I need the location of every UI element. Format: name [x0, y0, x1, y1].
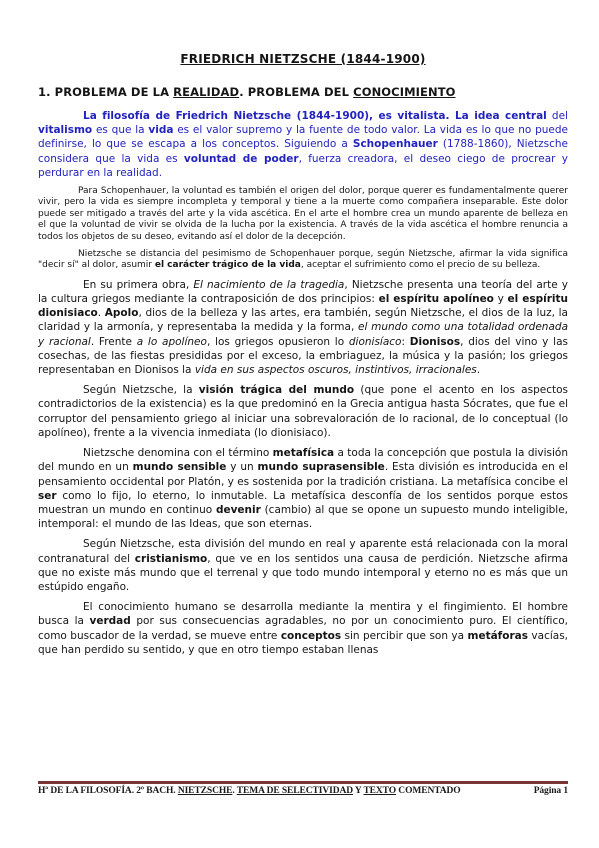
text-run: cristianismo	[135, 553, 207, 565]
footer-text: Hª DE LA FILOSOFÍA. 2º BACH. NIETZSCHE. …	[38, 786, 461, 796]
text-run: y un	[226, 461, 257, 473]
text-run: Schopenhauer	[353, 138, 438, 150]
paragraph: El conocimiento humano se desarrolla med…	[38, 600, 568, 657]
section-heading: 1. PROBLEMA DE LA REALIDAD. PROBLEMA DEL…	[38, 85, 568, 99]
text-run: dionisíaco	[349, 336, 402, 348]
paragraph: Nietzsche se distancia del pesimismo de …	[38, 249, 568, 272]
text-run: Según Nietzsche, la	[83, 384, 199, 396]
text-run: del	[547, 110, 568, 122]
paragraph: Nietzsche denomina con el término metafí…	[38, 446, 568, 531]
text-run: NIETZSCHE	[178, 786, 233, 796]
text-run: Dionisos	[410, 336, 460, 348]
text-run: visión trágica del mundo	[199, 384, 354, 396]
text-run: mundo sensible	[133, 461, 227, 473]
text-run: La filosofía de Friedrich Nietzsche (184…	[83, 110, 455, 122]
document-page: FRIEDRICH NIETZSCHE (1844-1900) 1. PROBL…	[0, 0, 599, 848]
document-title: FRIEDRICH NIETZSCHE (1844-1900)	[38, 52, 568, 66]
document-body: La filosofía de Friedrich Nietzsche (184…	[38, 109, 568, 657]
text-run: 1. PROBLEMA DE LA	[38, 85, 173, 99]
text-run: En su primera obra,	[83, 279, 193, 291]
text-run: , los griegos opusieron lo	[207, 336, 349, 348]
text-run: y	[494, 293, 508, 305]
text-run: . Frente	[91, 336, 137, 348]
text-run: conceptos	[281, 630, 341, 642]
text-run: El nacimiento de la tragedia	[193, 279, 344, 291]
text-run: el carácter trágico de la vida	[155, 260, 301, 270]
text-run: Nietzsche denomina con el término	[83, 447, 273, 459]
text-run: es que la	[92, 124, 148, 136]
text-run: ser	[38, 490, 57, 502]
text-run: TEMA DE SELECTIVIDAD	[237, 786, 353, 796]
text-run: verdad	[90, 615, 131, 627]
text-run: mundo suprasensible	[258, 461, 385, 473]
paragraph: Según Nietzsche, la visión trágica del m…	[38, 383, 568, 440]
text-run: a lo apolíneo	[137, 336, 207, 348]
text-run: metáforas	[468, 630, 528, 642]
text-run: Para Schopenhauer, la voluntad es tambié…	[38, 186, 568, 242]
footer-rule	[38, 781, 568, 784]
text-run: devenir	[216, 504, 261, 516]
paragraph: La filosofía de Friedrich Nietzsche (184…	[38, 109, 568, 180]
page-footer: Hª DE LA FILOSOFÍA. 2º BACH. NIETZSCHE. …	[38, 781, 568, 796]
text-run: metafísica	[273, 447, 335, 459]
text-run: CONOCIMIENTO	[353, 85, 455, 99]
text-run: vida en sus aspectos oscuros, instintivo…	[195, 364, 477, 376]
text-run: sin percibir que son ya	[341, 630, 467, 642]
paragraph: En su primera obra, El nacimiento de la …	[38, 278, 568, 377]
text-run: Hª DE LA FILOSOFÍA. 2º BACH.	[38, 786, 178, 796]
text-run: vitalismo	[38, 124, 92, 136]
paragraph: Según Nietzsche, esta división del mundo…	[38, 537, 568, 594]
text-run: REALIDAD	[173, 85, 239, 99]
text-run: La idea central	[455, 110, 547, 122]
text-run: el espíritu apolíneo	[379, 293, 494, 305]
text-run: vida	[148, 124, 173, 136]
paragraph: Para Schopenhauer, la voluntad es tambié…	[38, 186, 568, 243]
text-run: :	[401, 336, 409, 348]
page-number: Página 1	[534, 786, 568, 796]
text-run: Apolo	[105, 307, 139, 319]
text-run: , aceptar el sufrimiento como el precio …	[301, 260, 540, 270]
text-run: .	[98, 307, 105, 319]
text-run: .	[477, 364, 480, 376]
text-run: TEXTO	[363, 786, 396, 796]
text-run: Y	[353, 786, 363, 796]
text-run: voluntad de poder	[184, 153, 299, 165]
text-run: . PROBLEMA DEL	[239, 85, 353, 99]
text-run: COMENTADO	[396, 786, 461, 796]
